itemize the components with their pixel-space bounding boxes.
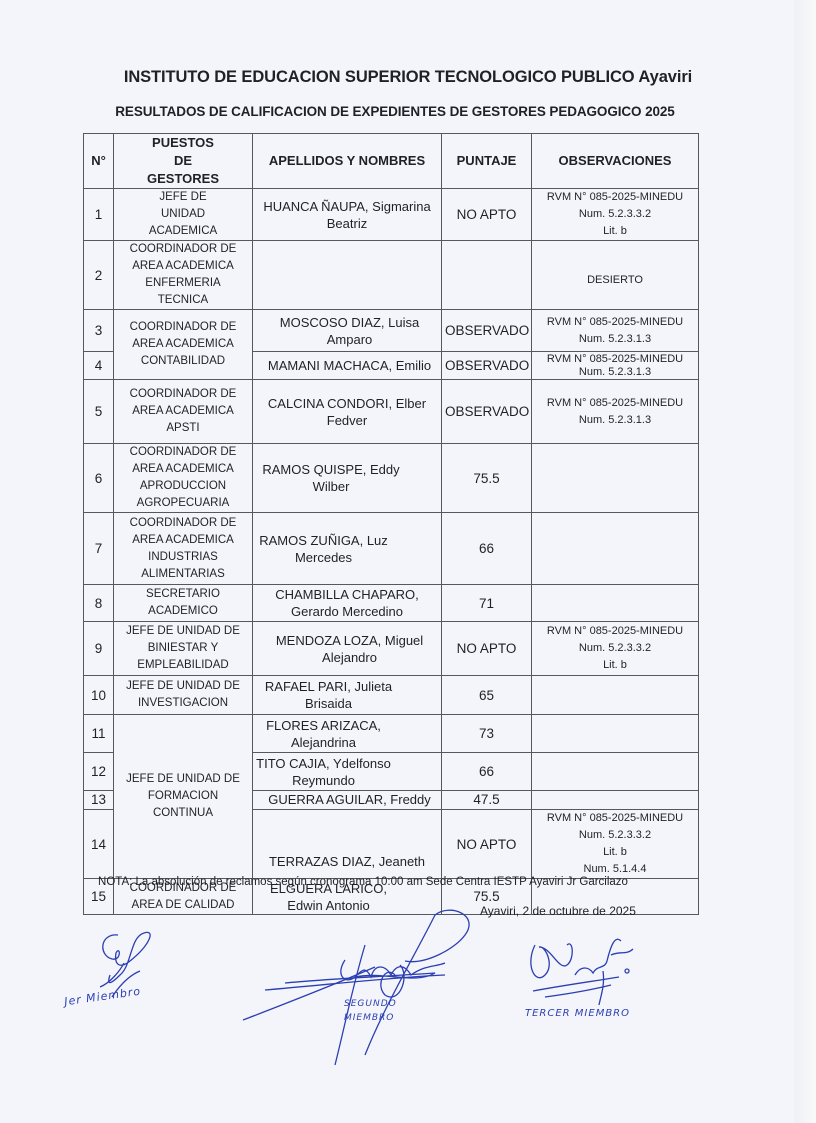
- observation-line: Num. 5.2.3.3.2: [535, 206, 695, 223]
- table-row: 5 COORDINADOR DE AREA ACADEMICA APSTI CA…: [84, 380, 699, 444]
- row-score: [442, 241, 532, 310]
- row-position: COORDINADOR DE AREA ACADEMICA APRODUCCIO…: [114, 444, 253, 513]
- row-position: COORDINADOR DE AREA ACADEMICA ENFERMERIA…: [114, 241, 253, 310]
- row-num: 7: [84, 513, 114, 585]
- row-position: COORDINADOR DE AREA ACADEMICA INDUSTRIAS…: [114, 513, 253, 585]
- row-observations: [532, 444, 699, 513]
- row-observations: RVM N° 085-2025-MINEDUNum. 5.2.3.1.3: [532, 352, 699, 380]
- header-position: PUESTOS DE GESTORES: [114, 134, 253, 189]
- row-num: 4: [84, 352, 114, 380]
- row-score: 65: [442, 676, 532, 715]
- table-row: 8 SECRETARIO ACADEMICO CHAMBILLA CHAPARO…: [84, 585, 699, 622]
- row-name: [253, 241, 442, 310]
- row-score: 73: [442, 715, 532, 753]
- row-name: CALCINA CONDORI, Elber Fedver: [253, 380, 442, 444]
- row-num: 1: [84, 189, 114, 241]
- signature-label-third: TERCER MIEMBRO: [525, 1008, 630, 1019]
- row-score: 75.5: [442, 444, 532, 513]
- table-row: 10 JEFE DE UNIDAD DE INVESTIGACION RAFAE…: [84, 676, 699, 715]
- row-observations: [532, 513, 699, 585]
- row-name: MAMANI MACHACA, Emilio: [253, 352, 442, 380]
- row-num: 2: [84, 241, 114, 310]
- header-score: PUNTAJE: [442, 134, 532, 189]
- observation-line: Num. 5.2.3.3.2: [535, 640, 695, 657]
- document-title: INSTITUTO DE EDUCACION SUPERIOR TECNOLOG…: [0, 68, 816, 87]
- row-name: CHAMBILLA CHAPARO, Gerardo Mercedino: [253, 585, 442, 622]
- table-row: 3 COORDINADOR DE AREA ACADEMICA CONTABIL…: [84, 310, 699, 352]
- row-score: NO APTO: [442, 622, 532, 676]
- row-name: TITO CAJIA, Ydelfonso Reymundo: [253, 753, 442, 791]
- row-observations: RVM N° 085-2025-MINEDUNum. 5.2.3.1.3: [532, 310, 699, 352]
- observation-line: RVM N° 085-2025-MINEDU: [535, 395, 695, 412]
- row-score: OBSERVADO: [442, 380, 532, 444]
- row-num: 13: [84, 791, 114, 810]
- observation-line: RVM N° 085-2025-MINEDU: [535, 353, 695, 366]
- row-position: JEFE DE UNIDAD DE BINIESTAR Y EMPLEABILI…: [114, 622, 253, 676]
- row-name: MOSCOSO DIAZ, Luisa Amparo: [253, 310, 442, 352]
- header-observations: OBSERVACIONES: [532, 134, 699, 189]
- observation-line: RVM N° 085-2025-MINEDU: [535, 623, 695, 640]
- row-num: 6: [84, 444, 114, 513]
- table-row: 1 JEFE DE UNIDAD ACADEMICA HUANCA ÑAUPA,…: [84, 189, 699, 241]
- row-position: JEFE DE UNIDAD DE FORMACION CONTINUA: [114, 715, 253, 879]
- row-position: JEFE DE UNIDAD ACADEMICA: [114, 189, 253, 241]
- observation-line: Lit. b: [535, 223, 695, 240]
- table-row: 11 JEFE DE UNIDAD DE FORMACION CONTINUA …: [84, 715, 699, 753]
- table-row: 9 JEFE DE UNIDAD DE BINIESTAR Y EMPLEABI…: [84, 622, 699, 676]
- row-score: NO APTO: [442, 189, 532, 241]
- header-num: N°: [84, 134, 114, 189]
- row-name: HUANCA ÑAUPA, Sigmarina Beatriz: [253, 189, 442, 241]
- observation-line: RVM N° 085-2025-MINEDU: [535, 810, 695, 827]
- row-observations: [532, 753, 699, 791]
- row-position: COORDINADOR DE AREA ACADEMICA CONTABILID…: [114, 310, 253, 380]
- row-num: 10: [84, 676, 114, 715]
- row-name: MENDOZA LOZA, Miguel Alejandro: [253, 622, 442, 676]
- row-score: 71: [442, 585, 532, 622]
- observation-line: RVM N° 085-2025-MINEDU: [535, 189, 695, 206]
- row-name: RAMOS QUISPE, Eddy Wilber: [253, 444, 442, 513]
- row-observations: RVM N° 085-2025-MINEDUNum. 5.2.3.3.2Lit.…: [532, 810, 699, 879]
- observation-line: Num. 5.2.3.3.2: [535, 827, 695, 844]
- document-subtitle: RESULTADOS DE CALIFICACION DE EXPEDIENTE…: [0, 104, 790, 119]
- footnote: NOTA: La absolución de reclamos según cr…: [0, 876, 726, 888]
- row-name: GUERRA AGUILAR, Freddy: [253, 791, 442, 810]
- table-row: 7 COORDINADOR DE AREA ACADEMICA INDUSTRI…: [84, 513, 699, 585]
- place-date: Ayaviri, 2 de octubre de 2025: [480, 904, 636, 918]
- signature-label-second: SEGUNDO MIEMBRO: [344, 997, 404, 1025]
- row-score: OBSERVADO: [442, 352, 532, 380]
- row-observations: [532, 791, 699, 810]
- row-name: TERRAZAS DIAZ, Jeaneth: [253, 810, 442, 879]
- row-score: NO APTO: [442, 810, 532, 879]
- observation-line: Num. 5.2.3.1.3: [535, 331, 695, 348]
- row-name: RAFAEL PARI, Julieta Brisaida: [253, 676, 442, 715]
- row-num: 12: [84, 753, 114, 791]
- signature-label-second-text: SEGUNDO MIEMBRO: [344, 999, 397, 1023]
- signature-second-member: [235, 905, 475, 1075]
- observation-line: RVM N° 085-2025-MINEDU: [535, 314, 695, 331]
- row-observations: RVM N° 085-2025-MINEDUNum. 5.2.3.3.2Lit.…: [532, 622, 699, 676]
- row-num: 11: [84, 715, 114, 753]
- observation-line: Lit. b: [535, 657, 695, 674]
- row-num: 9: [84, 622, 114, 676]
- signature-third-member: [515, 925, 655, 1015]
- observation-line: Num. 5.2.3.1.3: [535, 412, 695, 429]
- table-row: 6 COORDINADOR DE AREA ACADEMICA APRODUCC…: [84, 444, 699, 513]
- row-position: COORDINADOR DE AREA ACADEMICA APSTI: [114, 380, 253, 444]
- header-name: APELLIDOS Y NOMBRES: [253, 134, 442, 189]
- row-score: OBSERVADO: [442, 310, 532, 352]
- row-num: 8: [84, 585, 114, 622]
- row-position: SECRETARIO ACADEMICO: [114, 585, 253, 622]
- row-observations: DESIERTO: [532, 241, 699, 310]
- row-num: 3: [84, 310, 114, 352]
- observation-line: Num. 5.2.3.1.3: [535, 366, 695, 379]
- row-score: 66: [442, 753, 532, 791]
- row-name: FLORES ARIZACA, Alejandrina: [253, 715, 442, 753]
- row-observations: RVM N° 085-2025-MINEDUNum. 5.2.3.3.2Lit.…: [532, 189, 699, 241]
- results-table: N° PUESTOS DE GESTORES APELLIDOS Y NOMBR…: [83, 133, 699, 915]
- row-name: RAMOS ZUÑIGA, Luz Mercedes: [253, 513, 442, 585]
- row-observations: [532, 676, 699, 715]
- observation-line: DESIERTO: [535, 272, 695, 289]
- row-observations: RVM N° 085-2025-MINEDUNum. 5.2.3.1.3: [532, 380, 699, 444]
- row-observations: [532, 715, 699, 753]
- observation-line: Lit. b: [535, 844, 695, 861]
- row-score: 47.5: [442, 791, 532, 810]
- row-num: 5: [84, 380, 114, 444]
- table-header-row: N° PUESTOS DE GESTORES APELLIDOS Y NOMBR…: [84, 134, 699, 189]
- row-observations: [532, 585, 699, 622]
- row-position: JEFE DE UNIDAD DE INVESTIGACION: [114, 676, 253, 715]
- row-score: 66: [442, 513, 532, 585]
- row-num: 14: [84, 810, 114, 879]
- table-row: 2 COORDINADOR DE AREA ACADEMICA ENFERMER…: [84, 241, 699, 310]
- page-edge: [794, 0, 816, 1123]
